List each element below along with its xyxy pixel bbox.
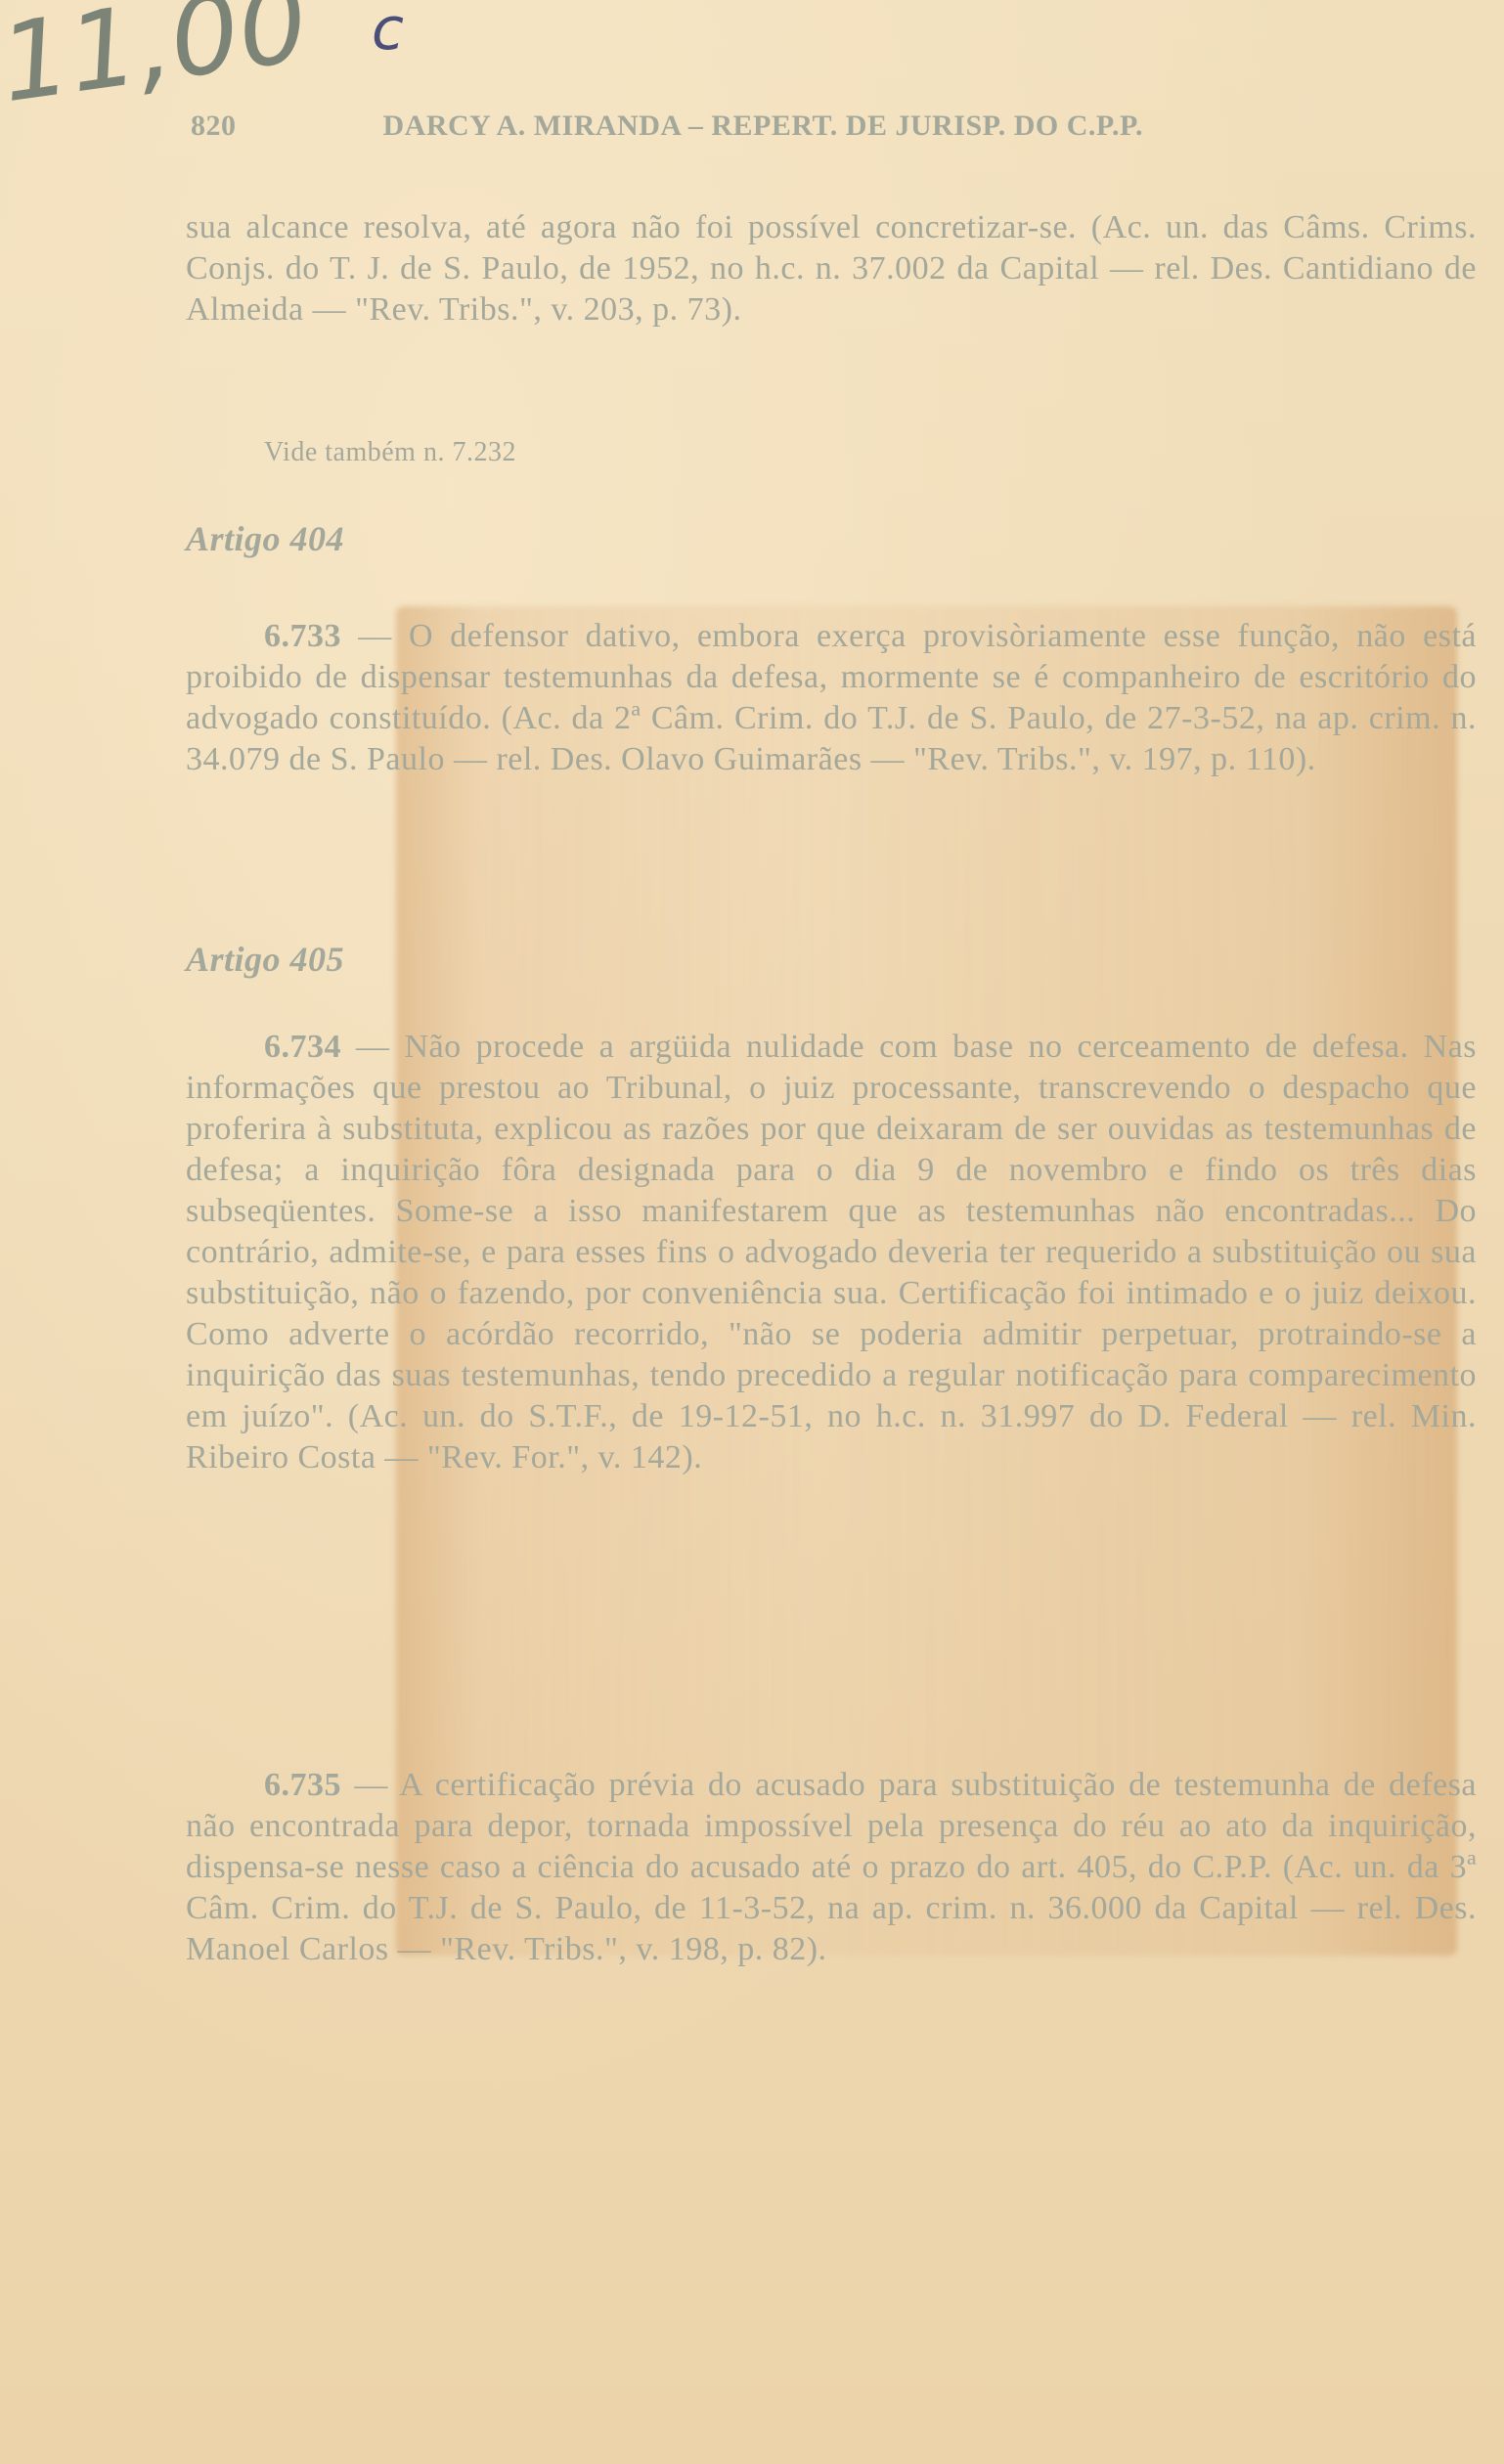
paragraph: sua alcance resolva, até agora não foi p… (186, 207, 1477, 330)
entry-number: 6.734 (264, 1029, 341, 1065)
entry-number: 6.733 (264, 618, 341, 654)
running-title: DARCY A. MIRANDA – REPERT. DE JURISP. DO… (383, 110, 1144, 143)
entry: 6.735 — A certificação prévia do acusado… (186, 1765, 1477, 1970)
cross-reference: Vide também n. 7.232 (264, 432, 1504, 473)
entry-number: 6.735 (264, 1767, 341, 1803)
running-head: 820 DARCY A. MIRANDA – REPERT. DE JURISP… (191, 110, 1266, 143)
section-heading: Artigo 404 (186, 518, 344, 559)
section-heading: Artigo 405 (186, 939, 344, 980)
entry-text: — A certificação prévia do acusado para … (186, 1767, 1477, 1967)
entry: 6.733 — O defensor dativo, embora exerça… (186, 616, 1477, 780)
handwritten-mark: c (372, 0, 404, 64)
entry: 6.734 — Não procede a argüida nulidade c… (186, 1027, 1477, 1478)
entry-text: — Não procede a argüida nulidade com bas… (186, 1029, 1477, 1475)
entry-text: — O defensor dativo, embora exerça provi… (186, 618, 1477, 777)
page-number: 820 (191, 110, 237, 143)
